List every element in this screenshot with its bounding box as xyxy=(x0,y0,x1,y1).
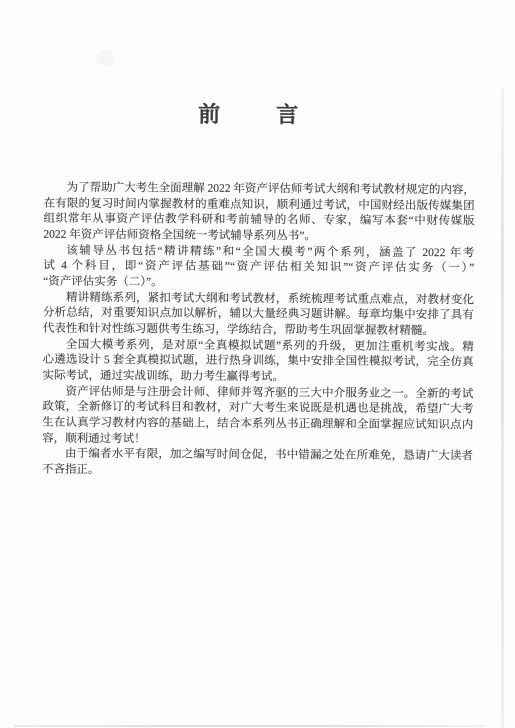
scan-smudge xyxy=(96,50,114,66)
scan-edge-bottom-shadow xyxy=(14,725,484,727)
printed-area: 前 言 为了帮助广大考生全面理解 2022 年资产评估师考试大纲和考试教材规定的… xyxy=(0,0,515,728)
scan-edge-right-shadow xyxy=(501,88,504,728)
preface-body: 为了帮助广大考生全面理解 2022 年资产评估师考试大纲和考试教材规定的内容，在… xyxy=(42,181,475,481)
text-line: 不吝指正。 xyxy=(42,462,473,480)
text-line: 生在认真学习教材内容的基础上，结合本系列丛书正确理解和全面掌握应试知识点内 xyxy=(42,416,473,434)
text-line: 由于编者水平有限，加之编写时间仓促，书中错漏之处在所难免，恳请广大读者 xyxy=(42,447,473,465)
page-title: 前 言 xyxy=(0,100,500,129)
book-page: 前 言 为了帮助广大考生全面理解 2022 年资产评估师考试大纲和考试教材规定的… xyxy=(0,0,515,728)
